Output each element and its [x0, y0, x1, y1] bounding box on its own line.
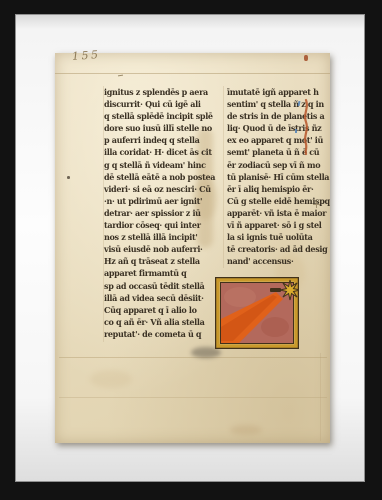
- text-line: nos z stellā illā incipit': [104, 231, 218, 243]
- text-line: g q stellā ñ videam' hinc: [104, 159, 218, 171]
- ink-dot-mark: [67, 176, 70, 179]
- parchment-stain: [90, 370, 132, 388]
- plus-mark: [313, 201, 320, 208]
- ruling-line-lower1: [59, 357, 327, 358]
- text-line: ēr zodiacū sep vī ñ mo: [227, 159, 319, 171]
- ruling-line-right-lower: [320, 353, 321, 441]
- text-line: ēr ī aliq hemispio ēr·: [227, 183, 319, 195]
- manuscript-page: 155 ignitus z splendēs p aeradiscurrit· …: [55, 53, 330, 443]
- text-line: tardior cōseq· qui inter: [104, 219, 218, 231]
- text-line: illā ad videa secū dēsiit·: [104, 292, 218, 304]
- comet-head-bar: [270, 288, 281, 292]
- text-line: la si ignis tuē uolūta: [227, 231, 319, 243]
- ruling-line-top: [55, 73, 330, 74]
- text-line: apparēt· vñ ista ē maior: [227, 207, 319, 219]
- ruling-line-gutter: [223, 86, 224, 268]
- ruling-line-lower2: [59, 397, 327, 398]
- text-line: detrar· aer spissior z iū: [104, 207, 218, 219]
- rust-flourish-stroke: [305, 100, 307, 154]
- field-dark-blotch: [261, 317, 289, 337]
- text-line: q stellā splēdē incipit splē: [104, 110, 218, 122]
- field-light-blotch: [224, 287, 256, 307]
- text-line: Hz añ q trāseat z stella: [104, 255, 218, 267]
- text-line: dore suo iusū illī stelle no: [104, 122, 218, 134]
- text-line: reputat'· de cometa ū q: [104, 328, 218, 340]
- text-line: ignitus z splendēs p aera: [104, 86, 218, 98]
- text-line: co q añ ēr· Vñ alia stella: [104, 316, 218, 328]
- red-pigment-mark: [304, 55, 308, 61]
- text-line: apparet firmamtū q: [104, 267, 218, 279]
- text-line: nand' accensus·: [227, 255, 319, 267]
- parchment-stain: [230, 425, 262, 435]
- text-line: tū planisē· Hī cūm stella: [227, 171, 319, 183]
- text-line: discurrit· Qui cū igē ali: [104, 98, 218, 110]
- text-line: vī ñ apparet· sō i g stel: [227, 219, 319, 231]
- text-line: ·n· ut pdirimū aer ignit': [104, 195, 218, 207]
- blue-tick-mark: [295, 129, 297, 133]
- text-line: Cūq apparet q ī alio lo: [104, 304, 218, 316]
- text-line: sp ad occasū tēdit stellā: [104, 280, 218, 292]
- text-line: dē stellā eātē a nob postea: [104, 171, 218, 183]
- pencil-dash-mark: [118, 75, 123, 77]
- framed-manuscript-photo: 155 ignitus z splendēs p aeradiscurrit· …: [0, 0, 382, 500]
- text-line: p auferri indeq q stella: [104, 134, 218, 146]
- folio-number: 155: [72, 48, 101, 63]
- rust-flourish-mark: [300, 98, 312, 156]
- comet-miniature: [215, 277, 299, 349]
- text-line: illa coridat· H· dicet ās cit: [104, 146, 218, 158]
- text-line: Cū g stelle eidē hemispq: [227, 195, 319, 207]
- text-line: videri· si eā oz nesciri· Cū: [104, 183, 218, 195]
- text-line: visū eiusdē nob auferri·: [104, 243, 218, 255]
- text-line: tē creatoris· ad ād desig: [227, 243, 319, 255]
- left-text-column: ignitus z splendēs p aeradiscurrit· Qui …: [104, 86, 218, 340]
- text-line: īmutatē igñ apparet h: [227, 86, 319, 98]
